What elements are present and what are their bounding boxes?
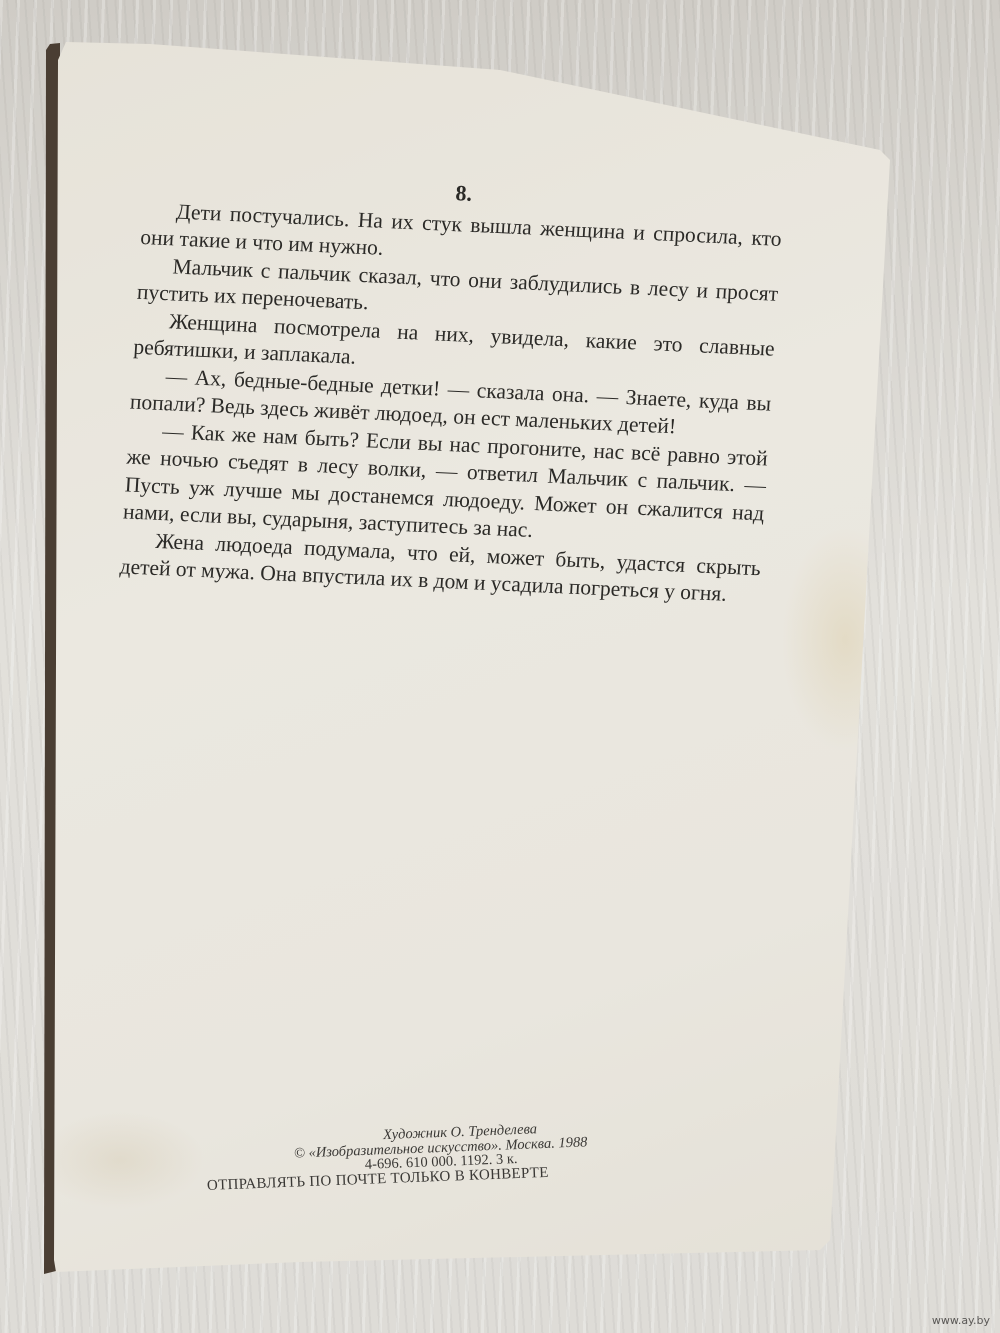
watermark: www.ay.by [932,1314,990,1327]
story-text: 8. Дети постучались. На их стук вышла же… [119,165,784,610]
